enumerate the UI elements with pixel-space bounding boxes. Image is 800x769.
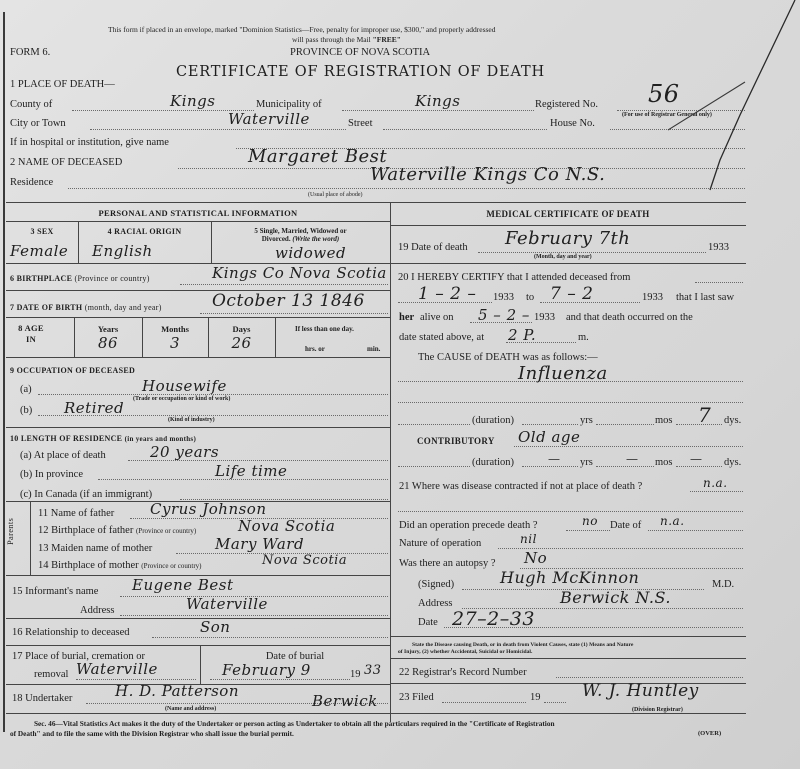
pen-strokes-decoration bbox=[0, 0, 800, 769]
certificate-paper: This form if placed in an envelope, mark… bbox=[0, 0, 800, 769]
